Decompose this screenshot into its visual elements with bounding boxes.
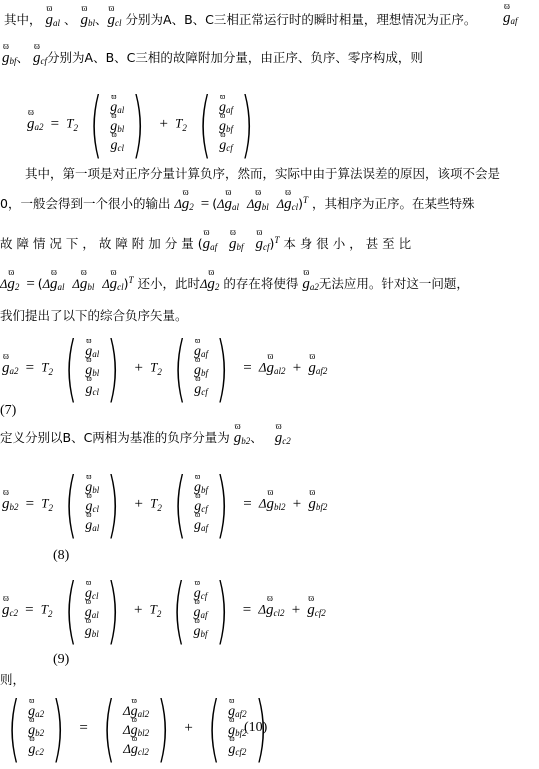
text: 其中， — [4, 12, 42, 27]
equation-8-label: (8) — [53, 548, 69, 564]
text: 分别为A、B、C三相正常运行时的瞬时相量，理想情况为正序。 — [126, 12, 477, 27]
paragraph2-line4: Δϖg2 =(Δϖgal Δϖgbl Δϖgcl)T 还小，此时Δϖg2 的存在… — [0, 270, 469, 293]
var-g-af-end: ϖgaf — [503, 4, 518, 26]
equation-ga2-intro: ϖga2 = T2 ( ϖgalϖgblϖgcl ) + T2 ( ϖgafϖg… — [27, 82, 261, 166]
var-g-bl: ϖgbl — [81, 6, 96, 28]
var-g-bf: ϖgbf — [2, 44, 17, 66]
paragraph1-line2: ϖgbf、 ϖgcf分别为A、B、C三相的故障附加分量，由正序、负序、零序构成，… — [2, 44, 423, 66]
paragraph2-line1: 其中，第一项是对正序分量计算负序，然而，实际中由于算法误差的原因，该项不会是 — [25, 164, 500, 182]
paragraph2-line2: 0，一般会得到一个很小的输出 Δϖg2 =(Δϖgal Δϖgbl Δϖgcl)… — [0, 190, 475, 213]
definition-line: 定义分别以B、C两相为基准的负序分量为 ϖgb2、 ϖgc2 — [0, 424, 291, 446]
var-g-cf: ϖgcf — [33, 44, 47, 66]
var-g-cl: ϖgcl — [108, 6, 122, 28]
equation-8: ϖgb2 = T2 ( ϖgblϖgclϖgal ) + T2 ( ϖgbfϖg… — [2, 462, 327, 546]
matrix-l: ( ϖgalϖgblϖgcl ) — [82, 82, 152, 166]
equation-7: ϖga2 = T2 ( ϖgalϖgblϖgcl ) + T2 ( ϖgafϖg… — [2, 326, 327, 410]
matrix-f: ( ϖgafϖgbfϖgcf ) — [191, 82, 261, 166]
equation-9-label: (9) — [53, 652, 69, 668]
equation-10: ( ϖga2ϖgb2ϖgc2 ) = ( Δϖgal2Δϖgbl2Δϖgcl2 … — [0, 686, 275, 769]
var-g-al: ϖgal — [46, 6, 61, 28]
paragraph1-line1: 其中， ϖgal 、 ϖgbl、ϖgcl 分别为A、B、C三相正常运行时的瞬时相… — [4, 6, 476, 28]
equation-10-label: (10) — [244, 720, 267, 736]
equation-9: ϖgc2 = T2 ( ϖgclϖgalϖgbl ) + T2 ( ϖgcfϖg… — [2, 568, 326, 652]
paragraph2-line3: 故 障 情 况 下 ， 故 障 附 加 分 量 (ϖgaf ϖgbf ϖgcf)… — [0, 230, 411, 252]
equation-7-label: (7) — [0, 403, 16, 419]
paragraph2-line5: 我们提出了以下的综合负序矢量。 — [0, 306, 188, 324]
